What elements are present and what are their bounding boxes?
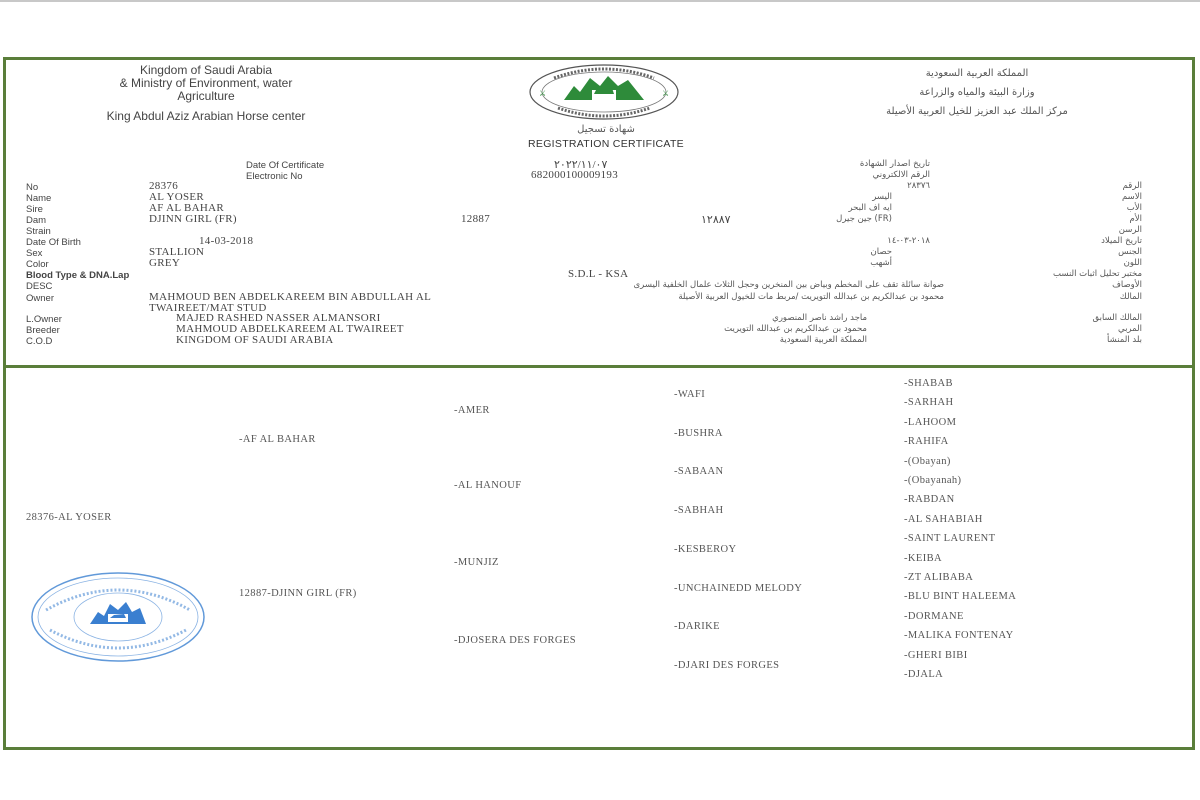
top-rule xyxy=(0,0,1200,2)
pedigree-gen4-item: -SAINT LAURENT xyxy=(904,533,995,544)
svg-text:⚔: ⚔ xyxy=(539,89,546,98)
pedigree-subject: 28376-AL YOSER xyxy=(26,512,112,523)
header-ar-line: المملكة العربية السعودية xyxy=(812,64,1142,83)
desc-label-ar: الأوصاف xyxy=(1112,280,1142,290)
field-label: No xyxy=(26,182,38,193)
field-label: Name xyxy=(26,193,51,204)
pedigree-gen2-item: -MUNJIZ xyxy=(454,557,499,568)
pedigree-gen4-item: -AL SAHABIAH xyxy=(904,514,983,525)
field-label: Strain xyxy=(26,226,51,237)
pedigree-gen3-item: -SABHAH xyxy=(674,505,723,516)
pedigree-gen4-item: -(Obayanah) xyxy=(904,475,961,486)
country-of-origin-label: C.O.D xyxy=(26,336,52,347)
field-label: Color xyxy=(26,259,49,270)
last-owner-value-ar: ماجد راشد ناصر المنصوري xyxy=(772,313,867,323)
field-value-ar: ايه اف البحر xyxy=(848,203,892,213)
field-value: GREY xyxy=(149,257,180,269)
pedigree-gen3-item: -KESBEROY xyxy=(674,544,737,555)
field-value-ar: حصان xyxy=(871,247,892,257)
pedigree-gen2-item: -AMER xyxy=(454,405,490,416)
pedigree-gen4-item: -MALIKA FONTENAY xyxy=(904,630,1014,641)
pedigree-gen3-item: -DJARI DES FORGES xyxy=(674,660,779,671)
field-label: Sex xyxy=(26,248,42,259)
section-divider xyxy=(6,365,1192,368)
pedigree-gen4-item: -SHABAB xyxy=(904,378,953,389)
blood-type-label: Blood Type & DNA.Lap xyxy=(26,270,129,281)
country-of-origin-label-ar: بلد المنشأ xyxy=(1107,335,1142,345)
field-value-ar: أشهب xyxy=(870,258,892,268)
owner-label: Owner xyxy=(26,293,54,304)
pedigree-gen3-item: -BUSHRA xyxy=(674,428,723,439)
field-value-ar: اليسر xyxy=(872,192,892,202)
pedigree-gen4-item: -DORMANE xyxy=(904,611,964,622)
field-value: DJINN GIRL (FR) xyxy=(149,213,237,225)
breeder-label: Breeder xyxy=(26,325,60,336)
field-value: 14-03-2018 xyxy=(199,235,253,247)
field-label-ar: اللون xyxy=(1124,258,1142,268)
pedigree-gen3-item: -UNCHAINEDD MELODY xyxy=(674,583,802,594)
field-value-ar: ٢٨٣٧٦ xyxy=(907,181,930,191)
blood-type-value: S.D.L - KSA xyxy=(568,268,628,280)
pedigree-gen4-item: -BLU BINT HALEEMA xyxy=(904,591,1016,602)
breeder-label-ar: المربي xyxy=(1118,324,1142,334)
header-arabic: المملكة العربية السعودية وزارة البيئة وا… xyxy=(812,64,1142,121)
field-extra-ar: ١٢٨٨٧ xyxy=(701,213,731,226)
last-owner-label-ar: المالك السابق xyxy=(1093,313,1143,323)
pedigree-gen4-item: -RABDAN xyxy=(904,494,955,505)
pedigree-gen4-item: -KEIBA xyxy=(904,553,942,564)
date-of-certificate-label-ar: تاريخ اصدار الشهادة xyxy=(860,159,930,169)
pedigree-gen3-item: -SABAAN xyxy=(674,466,723,477)
owner-label-ar: المالك xyxy=(1120,292,1142,302)
title-arabic: شهادة تسجيل xyxy=(526,124,686,135)
breeder-value-ar: محمود بن عبدالكريم بن عبدالله التويريت xyxy=(724,324,867,334)
pedigree-gen4-item: -SARHAH xyxy=(904,397,953,408)
pedigree-gen3-item: -DARIKE xyxy=(674,621,720,632)
pedigree-gen2-item: -AL HANOUF xyxy=(454,480,521,491)
date-of-certificate-label: Date Of Certificate xyxy=(246,160,324,171)
pedigree-gen4-item: -LAHOOM xyxy=(904,417,956,428)
country-of-origin-value: KINGDOM OF SAUDI ARABIA xyxy=(176,334,334,346)
pedigree-gen4-item: -(Obayan) xyxy=(904,456,951,467)
field-label-ar: الجنس xyxy=(1118,247,1142,257)
header-ar-line: مركز الملك عبد العزيز للخيل العربية الأص… xyxy=(812,102,1142,121)
field-label-ar: الاسم xyxy=(1122,192,1142,202)
official-stamp-icon xyxy=(28,570,208,664)
header-english: Kingdom of Saudi Arabia & Ministry of En… xyxy=(36,64,376,123)
field-extra: 12887 xyxy=(461,213,490,225)
svg-text:⚔: ⚔ xyxy=(662,89,669,98)
field-label-ar: الرسن xyxy=(1119,225,1142,235)
field-label: Date Of Birth xyxy=(26,237,81,248)
field-label-ar: الأب xyxy=(1127,203,1142,213)
pedigree-gen1-item: -AF AL BAHAR xyxy=(239,434,316,445)
header-ar-line: وزارة البيئة والمياه والزراعة xyxy=(812,83,1142,102)
pedigree-gen4-item: -DJALA xyxy=(904,669,943,680)
field-label-ar: الرقم xyxy=(1123,181,1142,191)
country-of-origin-value-ar: المملكة العربية السعودية xyxy=(780,335,867,345)
owner-value-ar: محمود بن عبدالكريم بن عبدالله التويريت /… xyxy=(678,292,944,302)
pedigree-gen1-item: 12887-DJINN GIRL (FR) xyxy=(239,588,357,599)
blood-type-label-ar: مختبر تحليل اثبات النسب xyxy=(1053,269,1142,279)
certificate-title: REGISTRATION CERTIFICATE xyxy=(456,138,756,150)
field-value-ar: (FR) جين جيرل xyxy=(836,214,892,224)
header-en-center-name: King Abdul Aziz Arabian Horse center xyxy=(36,110,376,123)
pedigree-gen4-item: -RAHIFA xyxy=(904,436,949,447)
last-owner-label: L.Owner xyxy=(26,314,62,325)
electronic-no-value: 682000100009193 xyxy=(531,169,618,181)
electronic-no-label: Electronic No xyxy=(246,171,303,182)
field-value-ar: ٢٠١٨-٠٣-١٤ xyxy=(887,236,930,246)
center-logo-icon: ⚔ ⚔ xyxy=(524,62,684,126)
pedigree-gen2-item: -DJOSERA DES FORGES xyxy=(454,635,576,646)
registration-certificate: Kingdom of Saudi Arabia & Ministry of En… xyxy=(3,57,1195,750)
field-label: Sire xyxy=(26,204,43,215)
pedigree-gen4-item: -ZT ALIBABA xyxy=(904,572,973,583)
desc-label: DESC xyxy=(26,281,52,292)
pedigree-gen3-item: -WAFI xyxy=(674,389,705,400)
field-label-ar: تاريخ الميلاد xyxy=(1101,236,1142,246)
pedigree-gen4-item: -GHERI BIBI xyxy=(904,650,968,661)
electronic-no-label-ar: الرقم الالكتروني xyxy=(873,170,930,180)
field-label: Dam xyxy=(26,215,46,226)
field-label-ar: الأم xyxy=(1130,214,1142,224)
desc-value-ar: صوانة سائلة تقف على المخطم وبياض بين الم… xyxy=(634,280,944,290)
header-en-line: Agriculture xyxy=(36,90,376,103)
